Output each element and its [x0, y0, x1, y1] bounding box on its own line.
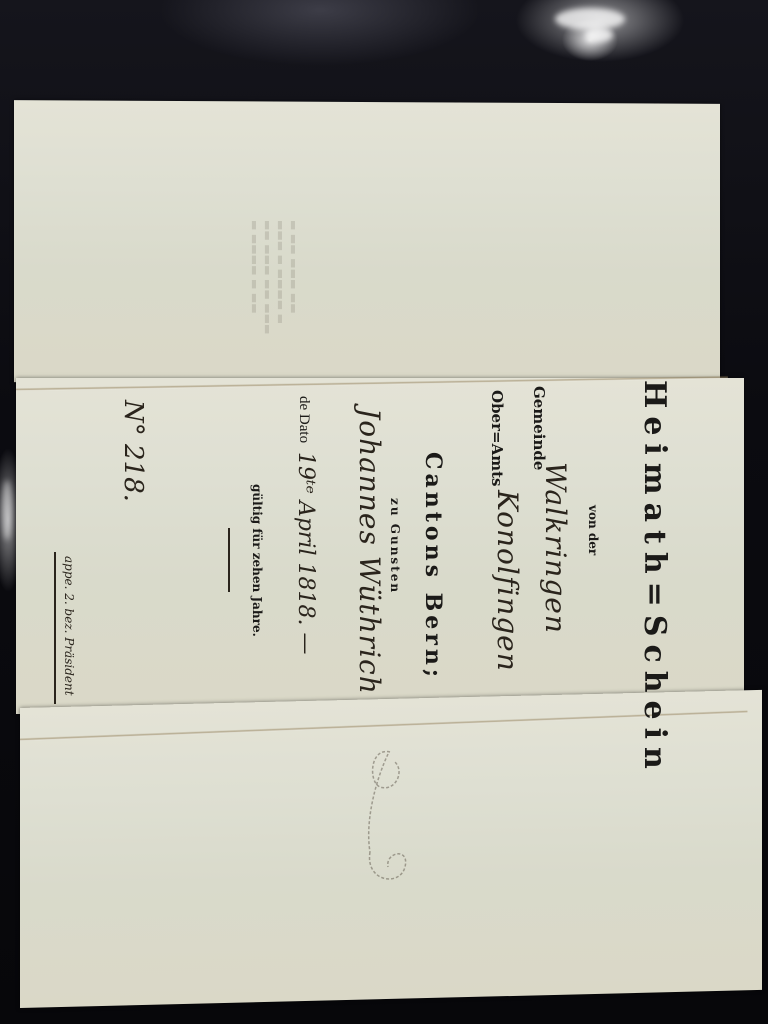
gemeinde-value-handwritten: Walkringen [539, 462, 572, 634]
number-mark-handwritten: N° 218. [118, 400, 148, 502]
person-name-handwritten: Johannes Wüthrich [353, 408, 386, 695]
seal-flourish-icon [350, 742, 420, 892]
top-panel [14, 100, 720, 386]
bleed-through-text: ▬ ▬▬ ▬▬▬ ▬▬ ▬▬▬ ▬ ▬▬▬▬ ▬ ▬▬ ▬▬▬ ▬▬ ▬▬▬ ▬… [248, 220, 300, 334]
von-der-text: von der [586, 505, 600, 555]
margin-note-rule [54, 552, 56, 704]
photo-scene: ▬ ▬▬ ▬▬▬ ▬▬ ▬▬▬ ▬ ▬▬▬▬ ▬ ▬▬ ▬▬▬ ▬▬ ▬▬▬ ▬… [0, 0, 768, 1024]
oberamt-value-handwritten: Konolfingen [491, 490, 524, 672]
oberamt-label: Ober=Amts [488, 390, 506, 486]
zu-gunsten-text: zu Gunsten [388, 498, 402, 594]
canton-text: Cantons Bern; [420, 452, 446, 681]
margin-note-handwritten: appe. 2. bez. Präsident [62, 556, 76, 696]
gemeinde-label: Gemeinde [530, 386, 548, 470]
validity-dash [228, 528, 230, 592]
de-dato-value-handwritten: 19ᵗᵉ April 1818. — [293, 452, 318, 654]
de-dato-label: de Dato [295, 396, 312, 443]
document-title: Heimath=Schein [637, 380, 672, 777]
validity-text: gültig für zehen Jahre. [250, 484, 264, 637]
document-sheet: ▬ ▬▬ ▬▬▬ ▬▬ ▬▬▬ ▬ ▬▬▬▬ ▬ ▬▬ ▬▬▬ ▬▬ ▬▬▬ ▬… [0, 0, 768, 1024]
